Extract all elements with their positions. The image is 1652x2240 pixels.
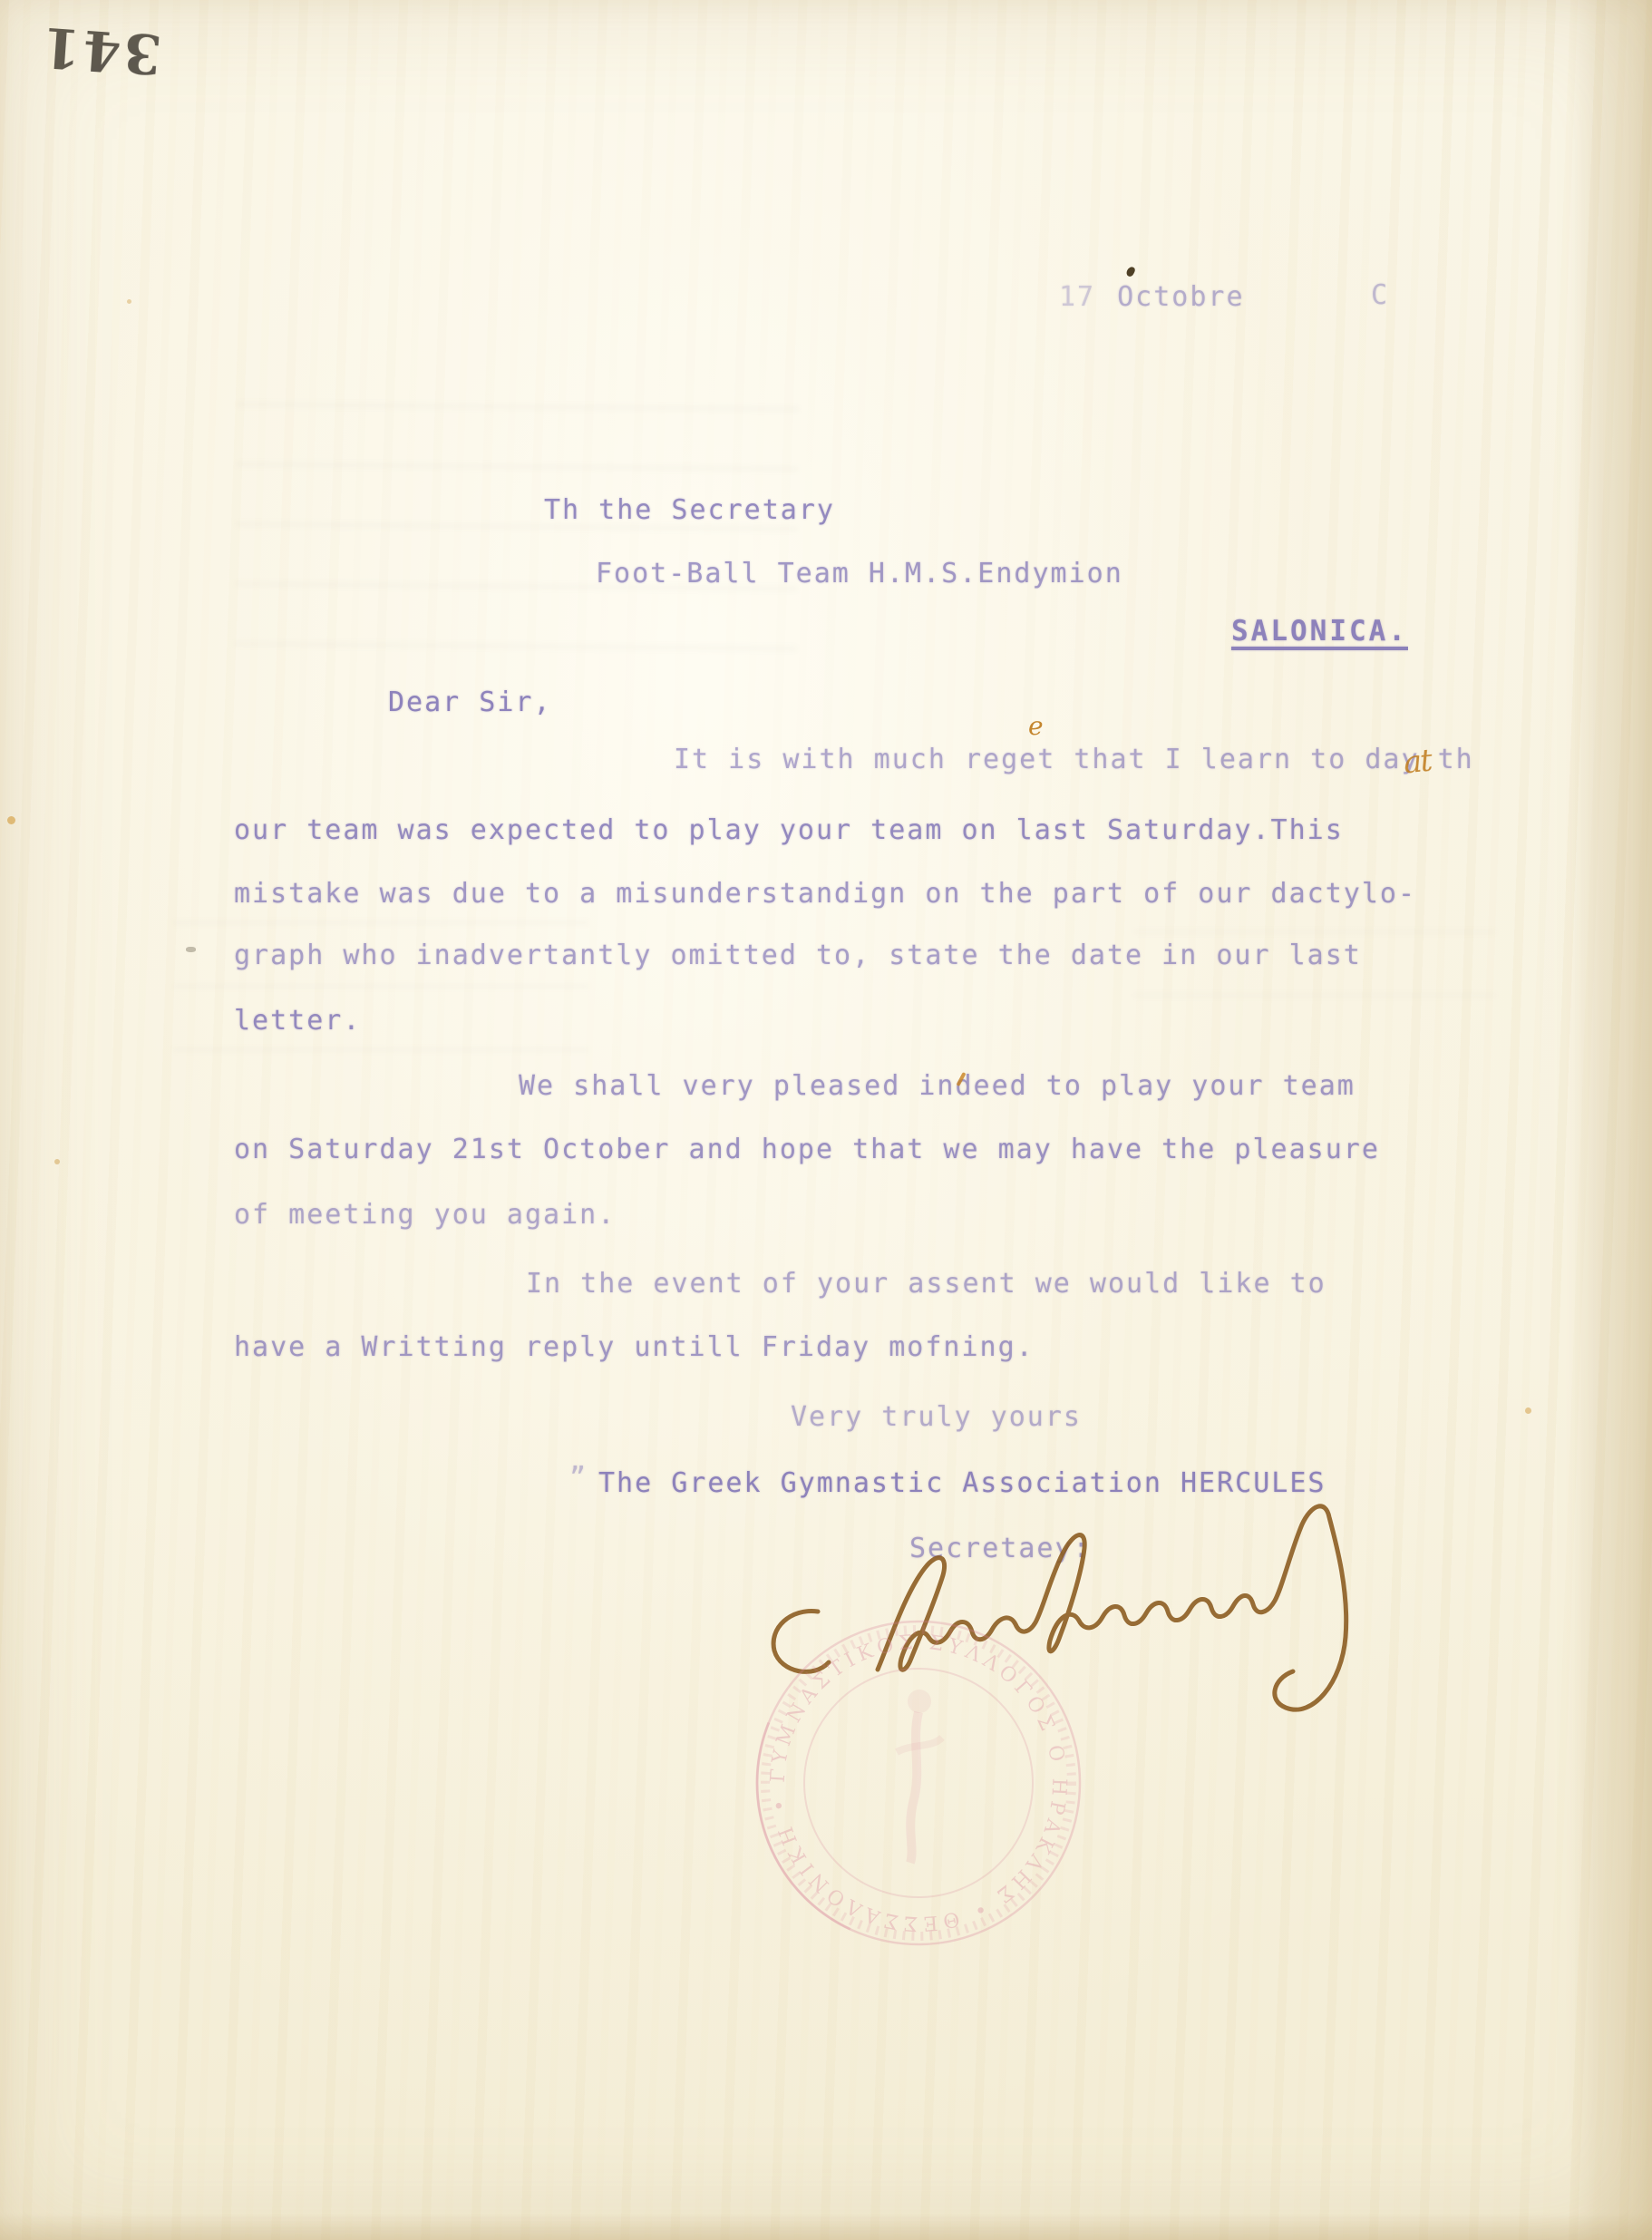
page-bottom-edge-shading bbox=[0, 2213, 1652, 2240]
paper-stain bbox=[1525, 1407, 1531, 1414]
handwritten-correction-e: e bbox=[1028, 711, 1044, 741]
body-line: We shall very pleased indeed to play you… bbox=[519, 1070, 1356, 1102]
scanned-letter-page: 341 17Octobre C Th the Secretary Foot-Ba… bbox=[0, 0, 1652, 2240]
recipient-line: Foot-Ball Team H.M.S.Endymion bbox=[596, 558, 1123, 589]
recipient-line: Th the Secretary bbox=[544, 494, 835, 526]
page-right-edge-shading bbox=[1569, 0, 1652, 2240]
recipient-city: SALONICA. bbox=[1231, 615, 1408, 648]
ink-speck bbox=[1125, 266, 1136, 278]
paper-stain bbox=[186, 947, 196, 952]
date-stray-character: C bbox=[1371, 279, 1389, 311]
handwritten-correction-at: at bbox=[1402, 743, 1433, 782]
body-line: letter. bbox=[234, 1005, 361, 1037]
body-line: In the event of your assent we would lik… bbox=[526, 1268, 1326, 1300]
body-line: have a Writting reply untill Friday mofn… bbox=[234, 1331, 1035, 1363]
body-line: It is with much reget that I learn to da… bbox=[674, 744, 1474, 775]
salutation: Dear Sir, bbox=[388, 687, 552, 718]
body-line: on Saturday 21st October and hope that w… bbox=[234, 1134, 1380, 1165]
closing-valediction: Very truly yours bbox=[791, 1401, 1082, 1433]
body-line: our team was expected to play your team … bbox=[234, 814, 1344, 846]
body-line: graph who inadvertantly omitted to, stat… bbox=[234, 940, 1362, 971]
stamp-center-figure bbox=[910, 1712, 918, 1863]
date-month: Octobre bbox=[1117, 281, 1244, 313]
paper-stain bbox=[127, 299, 131, 304]
rubber-stamp-seal: ΓΥΜΝΑΣΤΙΚΟΣ ΣΥΛΛΟΓΟΣ Ο ΗΡΑΚΛΗΣ • ΘΕΣΣΑΛΟ… bbox=[739, 1605, 1102, 1968]
body-line: of meeting you again. bbox=[234, 1199, 616, 1231]
body-line: mistake was due to a misunderstandign on… bbox=[234, 878, 1416, 910]
date-line: 17Octobre bbox=[1059, 281, 1245, 313]
stray-typed-mark: ” bbox=[569, 1462, 588, 1494]
paper-stain bbox=[7, 816, 15, 824]
paper-stain bbox=[54, 1159, 60, 1164]
stamp-center-figure-head bbox=[908, 1690, 931, 1713]
folio-number: 341 bbox=[38, 14, 164, 85]
date-day: 17 bbox=[1059, 281, 1095, 313]
